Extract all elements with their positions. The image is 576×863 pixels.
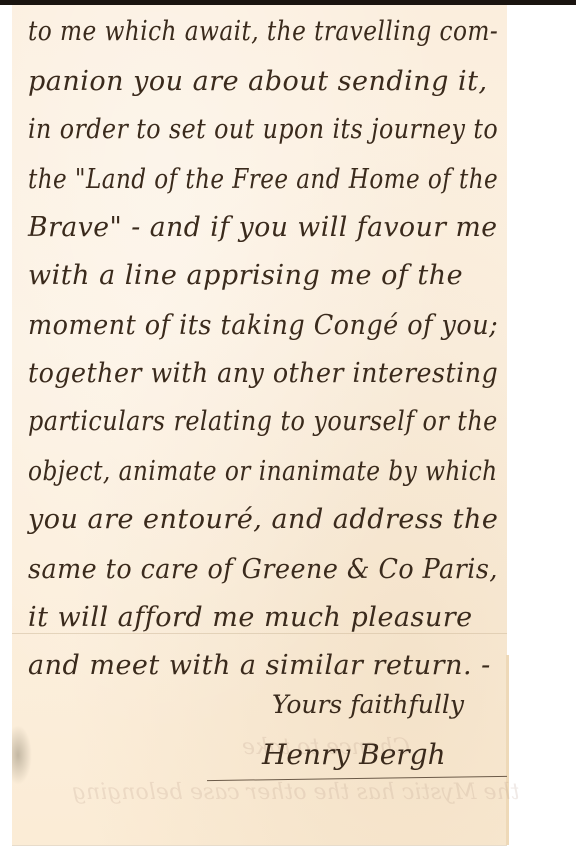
letter-line: with a line apprising me of the (28, 260, 463, 291)
paper-edge (506, 655, 509, 845)
bleed-through-text: the Mystic has the other case belonging (72, 780, 520, 805)
letter-signature: Henry Bergh (262, 738, 446, 771)
letter-line: same to care of Greene & Co Paris, (28, 554, 498, 585)
letter-line: panion you are about sending it, (28, 66, 488, 97)
letter-line: particulars relating to yourself or the (28, 406, 498, 437)
letter-line: and meet with a similar return. - (28, 650, 491, 681)
letter-line: Brave" - and if you will favour me (28, 212, 498, 243)
letter-line: object, animate or inanimate by which (28, 456, 498, 487)
letter-line: in order to set out upon its journey to (28, 114, 498, 145)
letter-line: you are entouré, and address the (28, 504, 498, 535)
letter-line: the "Land of the Free and Home of the (28, 164, 498, 195)
letter-closing: Yours faithfully (272, 690, 464, 719)
paper-fold-line (12, 633, 507, 634)
letter-line: together with any other interesting (28, 358, 498, 389)
paper-stain (12, 725, 32, 785)
letter-line: moment of its taking Congé of you; (28, 310, 498, 341)
letter-line: to me which await, the travelling com- (28, 16, 498, 47)
letter-line: it will afford me much pleasure (28, 602, 473, 633)
